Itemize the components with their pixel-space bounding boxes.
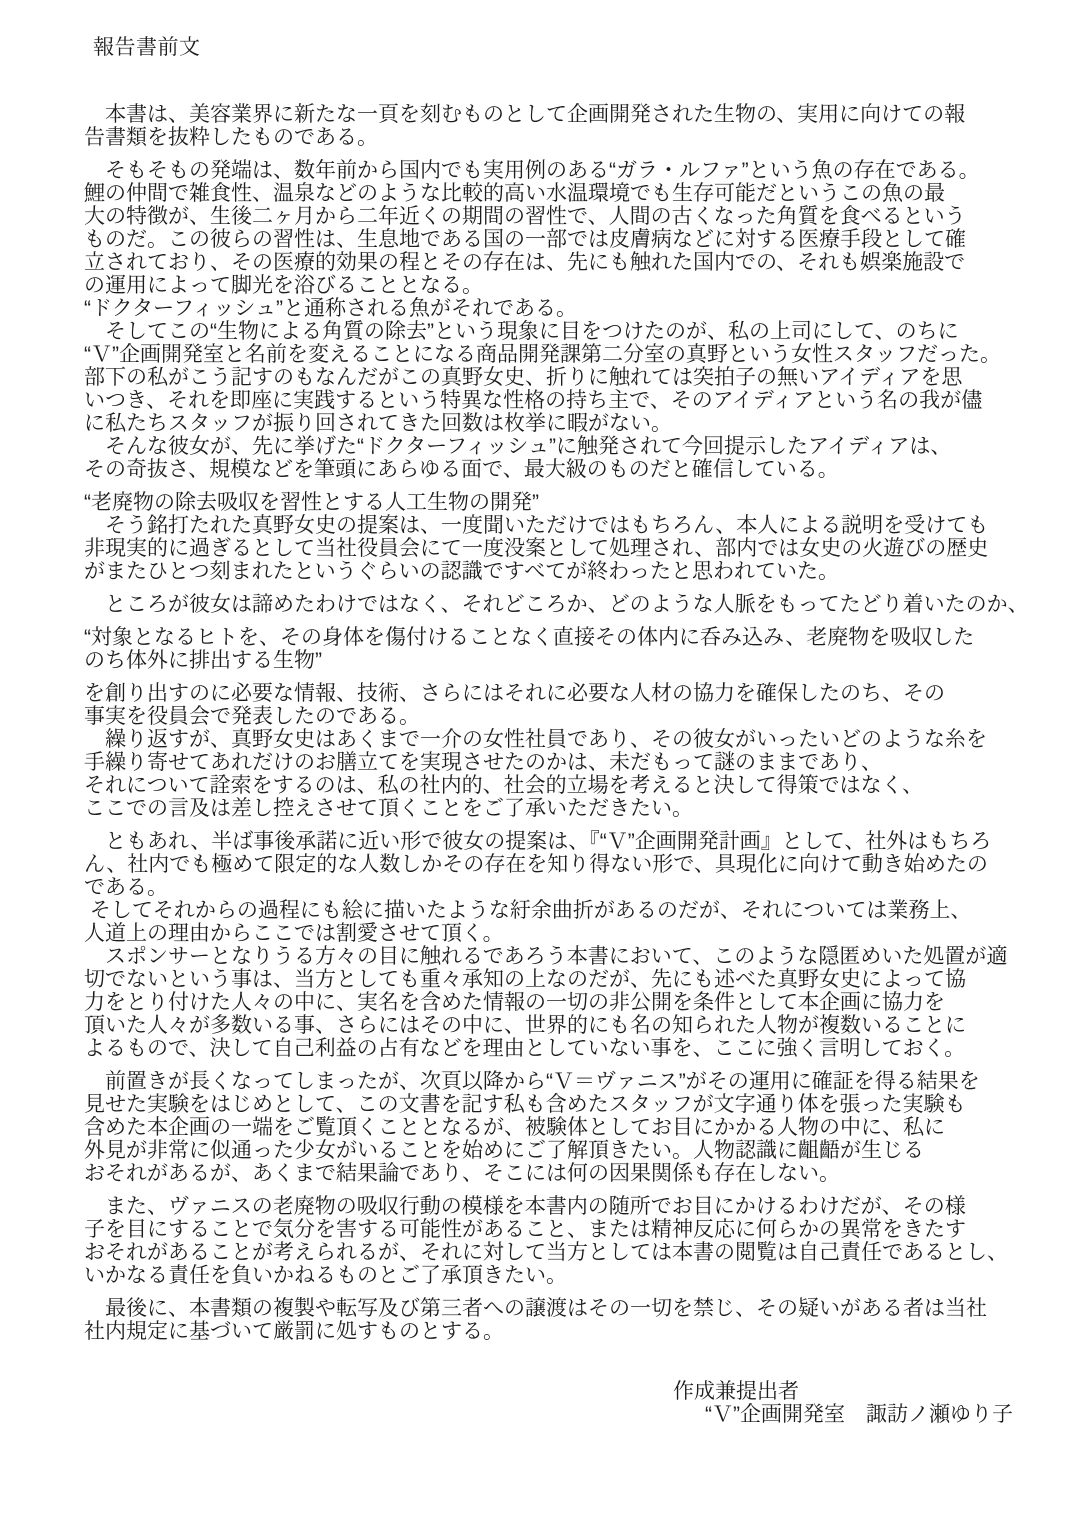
text-line: “対象となるヒトを、その身体を傷付けることなく直接その体内に呑み込み、老廃物を吸… (84, 626, 1072, 649)
text-line: “Ｖ”企画開発室と名前を変えることになる商品開発課第二分室の真野という女性スタッ… (84, 343, 1072, 366)
text-line: ん、社内でも極めて限定的な人数しかその存在を知り得ない形で、具現化に向けて動き始… (84, 853, 1072, 876)
text-line (84, 481, 1072, 491)
text-line: 最後に、本書類の複製や転写及び第三者への譲渡はその一切を禁じ、その疑いがある者は… (84, 1297, 1072, 1320)
text-line: 大の特徴が、生後二ヶ月から二年近くの期間の習性で、人間の古くなった角質を食べると… (84, 205, 1072, 228)
text-line (84, 149, 1072, 159)
text-line: 事実を役員会で発表したのである。 (84, 705, 1072, 728)
text-line: 子を目にすることで気分を害する可能性があること、または精神反応に何らかの異常をき… (84, 1218, 1072, 1241)
text-line: ともあれ、半ば事後承諾に近い形で彼女の提案は、『“Ｖ”企画開発計画』として、社外… (84, 830, 1072, 853)
text-line: 本書は、美容業界に新たな一頁を刻むものとして企画開発された生物の、実用に向けての… (84, 103, 1072, 126)
text-line (84, 583, 1072, 593)
text-line: 社内規定に基づいて厳罰に処すものとする。 (84, 1320, 1072, 1343)
text-line (84, 1287, 1072, 1297)
text-line: “ドクターフィッシュ”と通称される魚がそれである。 (84, 297, 1072, 320)
text-line: 見せた実験をはじめとして、この文書を記す私も含めたスタッフが文字通り体を張った実… (84, 1093, 1072, 1116)
text-line: 非現実的に過ぎるとして当社役員会にて一度没案として処理され、部内では女史の火遊び… (84, 537, 1072, 560)
text-line: 外見が非常に似通った少女がいることを始めにご了解頂きたい。人物認識に齟齬が生じる (84, 1139, 1072, 1162)
text-line: 頂いた人々が多数いる事、さらにはその中に、世界的にも名の知られた人物が複数いるこ… (84, 1014, 1072, 1037)
text-line: また、ヴァニスの老廃物の吸収行動の模様を本書内の随所でお目にかけるわけだが、その… (84, 1195, 1072, 1218)
text-line: 切でないという事は、当方としても重々承知の上なのだが、先にも述べた真野女史によっ… (84, 968, 1072, 991)
text-line (84, 672, 1072, 682)
text-line: 人道上の理由からここでは割愛させて頂く。 (84, 922, 1072, 945)
text-line: その奇抜さ、規模などを筆頭にあらゆる面で、最大級のものだと確信している。 (84, 458, 1072, 481)
text-line: 力をとり付けた人々の中に、実名を含めた情報の一切の非公開を条件として本企画に協力… (84, 991, 1072, 1014)
text-line: を創り出すのに必要な情報、技術、さらにはそれに必要な人材の協力を確保したのち、そ… (84, 682, 1072, 705)
text-line: である。 (84, 876, 1072, 899)
text-line (84, 1185, 1072, 1195)
text-line: それについて詮索をするのは、私の社内的、社会的立場を考えると決して得策ではなく、 (84, 774, 1072, 797)
text-line: そう銘打たれた真野女史の提案は、一度聞いただけではもちろん、本人による説明を受け… (84, 514, 1072, 537)
text-line (84, 820, 1072, 830)
text-line: “老廃物の除去吸収を習性とする人工生物の開発” (84, 491, 1072, 514)
text-line: おそれがあることが考えられるが、それに対して当方としては本書の閲覧は自己責任であ… (84, 1241, 1072, 1264)
text-line: よるもので、決して自己利益の占有などを理由としていない事を、ここに強く言明してお… (84, 1037, 1072, 1060)
text-line: ところが彼女は諦めたわけではなく、それどころか、どのような人脈をもってたどり着い… (84, 593, 1072, 616)
text-line: そんな彼女が、先に挙げた“ドクターフィッシュ”に触発されて今回提示したアイディア… (84, 435, 1072, 458)
text-line: おそれがあるが、あくまで結果論であり、そこには何の因果関係も存在しない。 (84, 1162, 1072, 1185)
text-line: ものだ。この彼らの習性は、生息地である国の一部では皮膚病などに対する医療手段とし… (84, 228, 1072, 251)
text-line: 告書類を抜粋したものである。 (84, 126, 1072, 149)
text-line: いかなる責任を負いかねるものとご了承頂きたい。 (84, 1264, 1072, 1287)
signature-author: “Ｖ”企画開発室 諏訪ノ瀬ゆり子 (705, 1403, 1072, 1426)
text-line: 前置きが長くなってしまったが、次頁以降から“Ｖ＝ヴァニス”がその運用に確証を得る… (84, 1070, 1072, 1093)
text-line: 立されており、その医療的効果の程とその存在は、先にも触れた国内での、それも娯楽施… (84, 251, 1072, 274)
text-line: 繰り返すが、真野女史はあくまで一介の女性社員であり、その彼女がいったいどのような… (84, 728, 1072, 751)
text-line (84, 616, 1072, 626)
text-line: に私たちスタッフが振り回されてきた回数は枚挙に暇がない。 (84, 412, 1072, 435)
document-body: 本書は、美容業界に新たな一頁を刻むものとして企画開発された生物の、実用に向けての… (84, 103, 1072, 1343)
signature-role: 作成兼提出者 (673, 1380, 1072, 1403)
text-line: スポンサーとなりうる方々の目に触れるであろう本書において、このような隠匿めいた処… (84, 945, 1072, 968)
text-line: そしてこの“生物による角質の除去”という現象に目をつけたのが、私の上司にして、の… (84, 320, 1072, 343)
text-line: いつき、それを即座に実践するという特異な性格の持ち主で、そのアイディアという名の… (84, 389, 1072, 412)
text-line: 鯉の仲間で雑食性、温泉などのような比較的高い水温環境でも生存可能だというこの魚の… (84, 182, 1072, 205)
text-line: 含めた本企画の一端をご覧頂くこととなるが、被験体としてお目にかかる人物の中に、私… (84, 1116, 1072, 1139)
text-line: 手繰り寄せてあれだけのお膳立てを実現させたのかは、未だもって謎のままであり、 (84, 751, 1072, 774)
text-line: のち体外に排出する生物” (84, 649, 1072, 672)
text-line: そしてそれからの過程にも絵に描いたような紆余曲折があるのだが、それについては業務… (84, 899, 1072, 922)
document-title: 報告書前文 (93, 36, 1072, 59)
text-line: がまたひとつ刻まれたというぐらいの認識ですべてが終わったと思われていた。 (84, 560, 1072, 583)
text-line: そもそもの発端は、数年前から国内でも実用例のある“ガラ・ルファ”という魚の存在で… (84, 159, 1072, 182)
text-line (84, 1060, 1072, 1070)
text-line: の運用によって脚光を浴びることとなる。 (84, 274, 1072, 297)
text-line: ここでの言及は差し控えさせて頂くことをご了承いただきたい。 (84, 797, 1072, 820)
report-page: 報告書前文 本書は、美容業界に新たな一頁を刻むものとして企画開発された生物の、実… (0, 0, 1092, 1513)
signature-block: 作成兼提出者 “Ｖ”企画開発室 諏訪ノ瀬ゆり子 (84, 1380, 1072, 1426)
text-line: 部下の私がこう記すのもなんだがこの真野女史、折りに触れては突拍子の無いアイディア… (84, 366, 1072, 389)
